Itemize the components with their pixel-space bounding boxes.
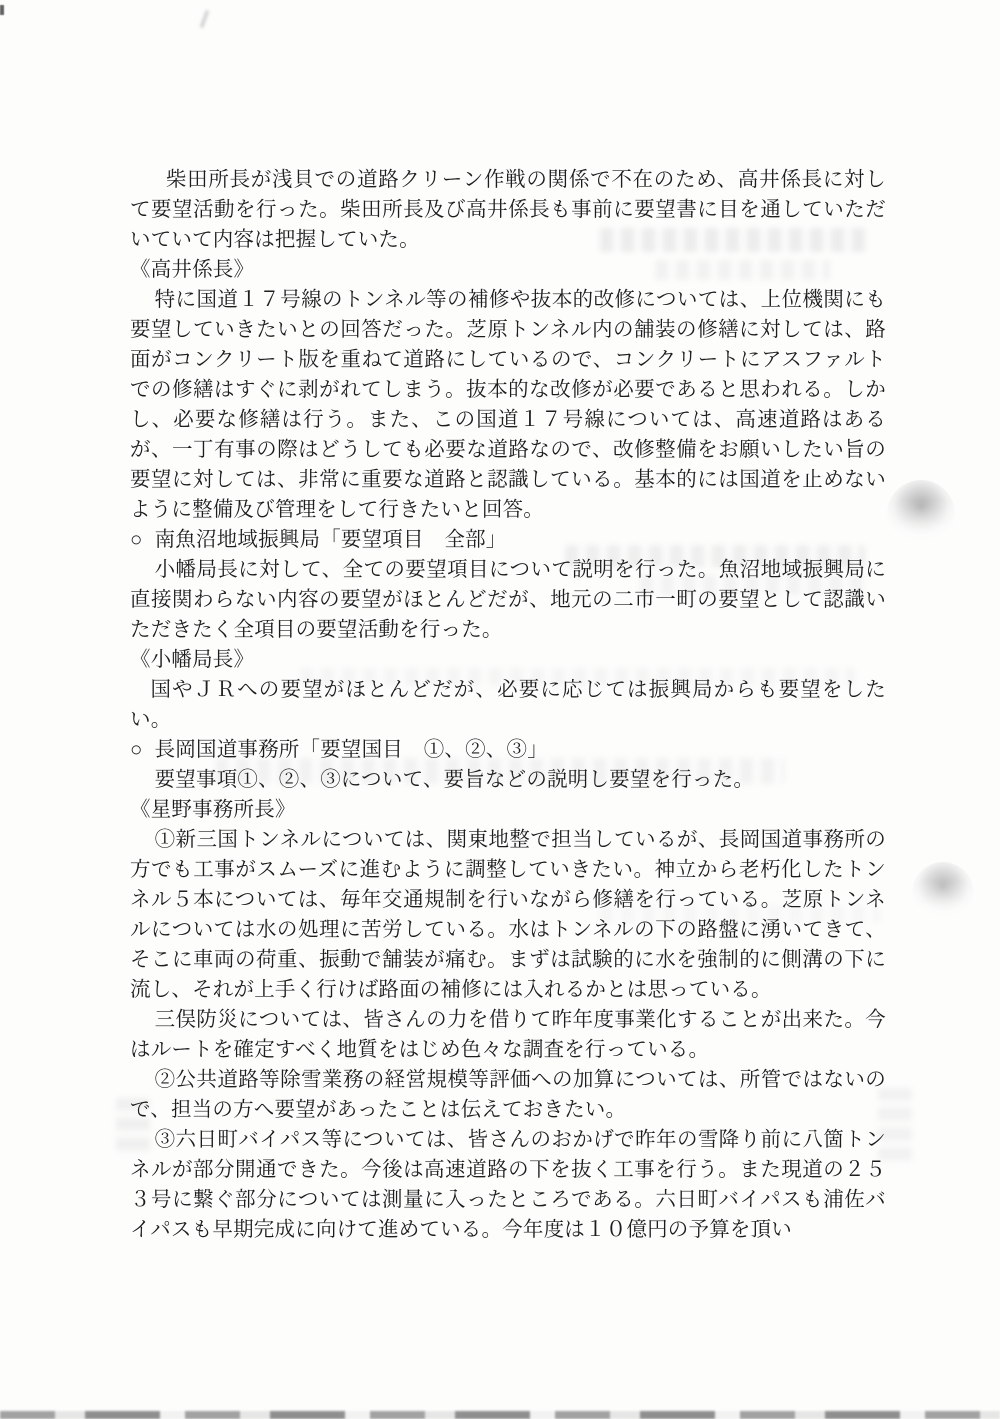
body-paragraph: 特に国道１７号線のトンネル等の補修や抜本的改修については、上位機関にも要望してい… (130, 285, 886, 525)
punch-hole-shadow (887, 480, 955, 548)
body-paragraph: ①新三国トンネルについては、関東地整で担当しているが、長岡国道事務所の方でも工事… (130, 825, 886, 1005)
agenda-bullet-label: 南魚沼地域振興局「要望項目 全部」 (155, 529, 507, 551)
circle-bullet-marker: ○ (130, 525, 143, 555)
body-paragraph: 要望事項①、②、③について、要旨などの説明し要望を行った。 (130, 765, 886, 795)
body-paragraph: ③六日町バイパス等については、皆さんのおかげで昨年の雪降り前に八箇トンネルが部分… (130, 1125, 886, 1245)
body-paragraph: ②公共道路等除雪業務の経営規模等評価への加算については、所管ではないので、担当の… (130, 1065, 886, 1125)
body-paragraph: 小幡局長に対して、全ての要望項目について説明を行った。魚沼地域振興局に直接関わら… (130, 555, 886, 645)
scanned-document-page: 柴田所長が浅貝での道路クリーン作戦の関係で不在のため、高井係長に対して要望活動を… (0, 0, 1000, 1419)
speaker-heading-hoshino: 《星野事務所長》 (130, 795, 886, 825)
document-text-column: 柴田所長が浅貝での道路クリーン作戦の関係で不在のため、高井係長に対して要望活動を… (130, 165, 886, 1245)
body-paragraph: 国やＪＲへの要望がほとんどだが、必要に応じては振興局からも要望をしたい。 (130, 675, 886, 735)
body-paragraph: 三俣防災については、皆さんの力を借りて昨年度事業化することが出来た。今はルートを… (130, 1005, 886, 1065)
circle-bullet-marker: ○ (130, 735, 143, 765)
agenda-bullet-label: 長岡国道事務所「要望国目 ①、②、③」 (155, 739, 548, 761)
speaker-heading-obata: 《小幡局長》 (130, 645, 886, 675)
punch-hole-shadow (912, 862, 974, 924)
body-paragraph: 柴田所長が浅貝での道路クリーン作戦の関係で不在のため、高井係長に対して要望活動を… (130, 165, 886, 255)
scan-corner-speck (0, 5, 4, 15)
speaker-heading-takai: 《高井係長》 (130, 255, 886, 285)
agenda-bullet-nagaoka: ○長岡国道事務所「要望国目 ①、②、③」 (130, 735, 886, 765)
faint-pencil-mark (200, 10, 209, 28)
scan-edge-bottom (0, 1411, 1000, 1419)
agenda-bullet-minamiuonuma: ○南魚沼地域振興局「要望項目 全部」 (130, 525, 886, 555)
